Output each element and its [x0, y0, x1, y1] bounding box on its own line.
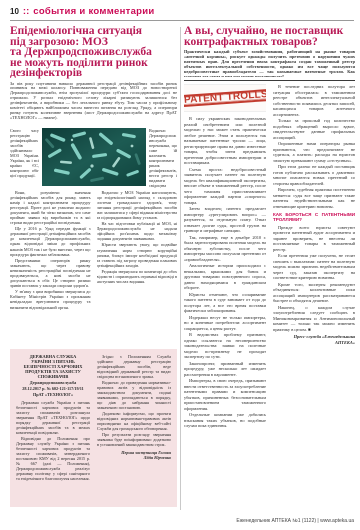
- article-disinfectants: Епідеміологічна ситуаціяпід загрозою: МО…: [10, 25, 177, 510]
- paragraph: Державна служба України з питань безпечн…: [16, 400, 90, 435]
- letter-body-1: Державна служба України з питань безпечн…: [16, 400, 90, 481]
- headline-line: та Держпродспоживслужба: [10, 47, 177, 58]
- paragraph: Отдельные компании уже добились взыскани…: [184, 412, 266, 429]
- paragraph: Опрошенные нами операторы рынка признают…: [273, 141, 355, 163]
- section-title: события и комментарии: [33, 6, 154, 17]
- paragraph: Впрочем, судебная практика постепенно ме…: [273, 187, 355, 209]
- paragraph: В ведомствах проблему признают, однако с…: [184, 332, 266, 360]
- patent-trolls-stamp: PATENT TROLLS: [184, 89, 266, 107]
- left-article-lede: За пів року плутанини навколо державної …: [10, 82, 177, 126]
- left-article-headline: Епідеміологічна ситуаціяпід загрозою: МО…: [10, 26, 177, 79]
- paragraph: Згідно з Положенням Служба здійснює держ…: [97, 354, 171, 379]
- bacteria-photo: [42, 128, 146, 186]
- right-body-column-1: PATENT TROLLS В силу украинских законода…: [184, 84, 266, 504]
- text-column-beside-photo-left: Свого часу реєстрацію дезінфекційних зас…: [10, 128, 39, 188]
- headline-line: контрафактных товаров?: [184, 37, 355, 48]
- paragraph: У зв'язку з цим виробники звернулися до …: [10, 289, 91, 309]
- paragraph: Импортеры, в свою очередь, призывают вве…: [184, 378, 266, 411]
- left-body-column-2: Водночас у МОЗ України наголошують, що е…: [97, 190, 178, 346]
- right-article-body: PATENT TROLLS В силу украинских законода…: [184, 84, 355, 504]
- letter-column-1: ДЕРЖАВНА СЛУЖБАУКРАЇНИ З ПИТАНЬБЕЗПЕЧНОС…: [16, 354, 90, 502]
- right-col2-text-after: Прежде всего юристы советуют провести па…: [273, 225, 355, 304]
- right-col2-text-before: В течение последних полутора лет ситуаци…: [273, 84, 355, 209]
- paragraph: В течение последних полутора лет ситуаци…: [273, 84, 355, 117]
- paragraph: Юристи звертають увагу, що подвійне тлум…: [97, 242, 178, 267]
- paragraph: Редакція звернулася по коментарі до обох…: [97, 269, 178, 284]
- paragraph: Представники операторів ринку зазначають…: [10, 258, 91, 289]
- paragraph: Аналогичные истории происходили с вешалк…: [184, 263, 266, 291]
- left-body-column-1: Вони, розуміючи значення дезінфекційних …: [10, 190, 91, 346]
- headline-line: Епідеміологічна ситуація: [10, 26, 177, 37]
- press-service-signature: Пресс-служба «Еженедельника АПТЕКА»: [273, 334, 355, 345]
- paragraph: Додатково інформуємо, що проекти відпові…: [97, 411, 171, 431]
- letter-org-name: ДЕРЖАВНА СЛУЖБАУКРАЇНИ З ПИТАНЬБЕЗПЕЧНОС…: [16, 354, 90, 379]
- page-number: 10: [10, 7, 19, 16]
- section-marker-icon: ::: [23, 6, 29, 17]
- right-article-intro: Практически каждый субъект хозяйствовани…: [184, 50, 355, 77]
- page-content: Епідеміологічна ситуаціяпід загрозою: МО…: [10, 25, 355, 510]
- paragraph: ПРОДУКТІВ ТА ЗАХИСТУ: [16, 369, 90, 374]
- paragraph: Так, например, еще в декабре 2010 г. был…: [184, 235, 266, 263]
- paragraph: Издержки несут не только импортеры, но и…: [184, 315, 266, 332]
- paragraph: На час підготовки публікації ні МОЗ, ні …: [97, 221, 178, 241]
- paragraph: Если претензия уже получена, не стоит сп…: [273, 253, 355, 281]
- paragraph: Законопроект, призванный изменить процед…: [184, 361, 266, 378]
- paragraph: Відповідно до Положення про Державну слу…: [16, 436, 90, 481]
- paragraph: БЕЗПЕЧНОСТІ ХАРЧОВИХ: [16, 364, 90, 369]
- headline-line: дезінфекторів: [10, 68, 177, 79]
- article-patent-trolls: А вы, случайно, не поставщикконтрафактны…: [184, 25, 355, 510]
- right-article-headline: А вы, случайно, не поставщикконтрафактны…: [184, 26, 355, 47]
- final-paragraph: Наконец, о каждом случае злоупотребления…: [273, 305, 355, 333]
- paragraph: Водночас до приведення нормативно-правов…: [97, 380, 171, 410]
- paragraph: Водночас у МОЗ України наголошують, що е…: [97, 190, 178, 221]
- bacteria-photo-image: [42, 128, 146, 186]
- paragraph: Юристы отмечают, что оспаривание такого …: [184, 292, 266, 314]
- letter-addressee: ПрАТ «ТЕХНОЛОГ»: [16, 392, 90, 397]
- paragraph: В силу украинских законодательных реалий…: [184, 116, 266, 166]
- newspaper-page: 10 :: события и комментарии Епідеміологі…: [0, 0, 360, 530]
- paragraph: Схема проста: недобросовестный заявитель…: [184, 167, 266, 206]
- paragraph: Про результати розгляду звернення заявни…: [97, 432, 171, 447]
- issue-info: Еженедельник АПТЕКА №1 (1122) | www.apte…: [236, 518, 354, 524]
- article-end-mark: ■: [308, 327, 311, 332]
- official-letter-box: ДЕРЖАВНА СЛУЖБАУКРАЇНИ З ПИТАНЬБЕЗПЕЧНОС…: [10, 349, 177, 507]
- right-body-column-2: В течение последних полутора лет ситуаци…: [273, 84, 355, 504]
- intro-divider-rule: [184, 80, 355, 81]
- letter-signature: Перша заступниця Голови Лідія Юрченко: [97, 450, 171, 460]
- right-col1-text: В силу украинских законодательных реалий…: [184, 116, 266, 429]
- paragraph: Кроме того, эксперты рекомендуют объедин…: [273, 282, 355, 304]
- text-column-beside-photo-right: Водночас Держпродспоживслужба переконана…: [149, 128, 177, 188]
- final-paragraph-text: Наконец, о каждом случае злоупотребления…: [273, 305, 355, 332]
- letter-body-2: Згідно з Положенням Служба здійснює держ…: [97, 354, 171, 447]
- headline-line: А вы, случайно, не поставщик: [184, 26, 355, 37]
- paragraph: Вони, розуміючи значення дезінфекційних …: [10, 190, 91, 226]
- letter-signature-name: Лідія Юрченко: [97, 455, 171, 460]
- paragraph: Прежде всего юристы советуют провести па…: [273, 225, 355, 253]
- paragraph: СПОЖИВАЧІВ: [16, 374, 90, 379]
- page-header: 10 :: события и комментарии: [10, 6, 354, 21]
- paragraph: Ще у 2016 р. Уряд передав функції з держ…: [10, 226, 91, 257]
- paragraph: Только за прошлый год количество подобны…: [273, 118, 355, 140]
- photo-row: Свого часу реєстрацію дезінфекційних зас…: [10, 128, 177, 188]
- letter-org-short: Держпродспоживслужба: [16, 380, 90, 385]
- patent-trolls-stamp-photo: PATENT TROLLS: [184, 85, 266, 111]
- letter-column-2: Згідно з Положенням Служба здійснює держ…: [97, 354, 171, 502]
- column-divider: [180, 27, 181, 510]
- subhead-how-to-fight-trolls: КАК БОРОТЬСЯ С ПАТЕНТНЫМИ ТРОЛЛЯМИ?: [273, 212, 355, 223]
- paragraph: Затем владелец патента предлагает импорт…: [184, 206, 266, 234]
- letter-ref-line: 28.12.2017 р. № 602-121-117/19/11: [16, 386, 90, 391]
- left-article-body: Вони, розуміючи значення дезінфекційних …: [10, 190, 177, 346]
- paragraph: При этом далеко не каждый поставщик гото…: [273, 164, 355, 186]
